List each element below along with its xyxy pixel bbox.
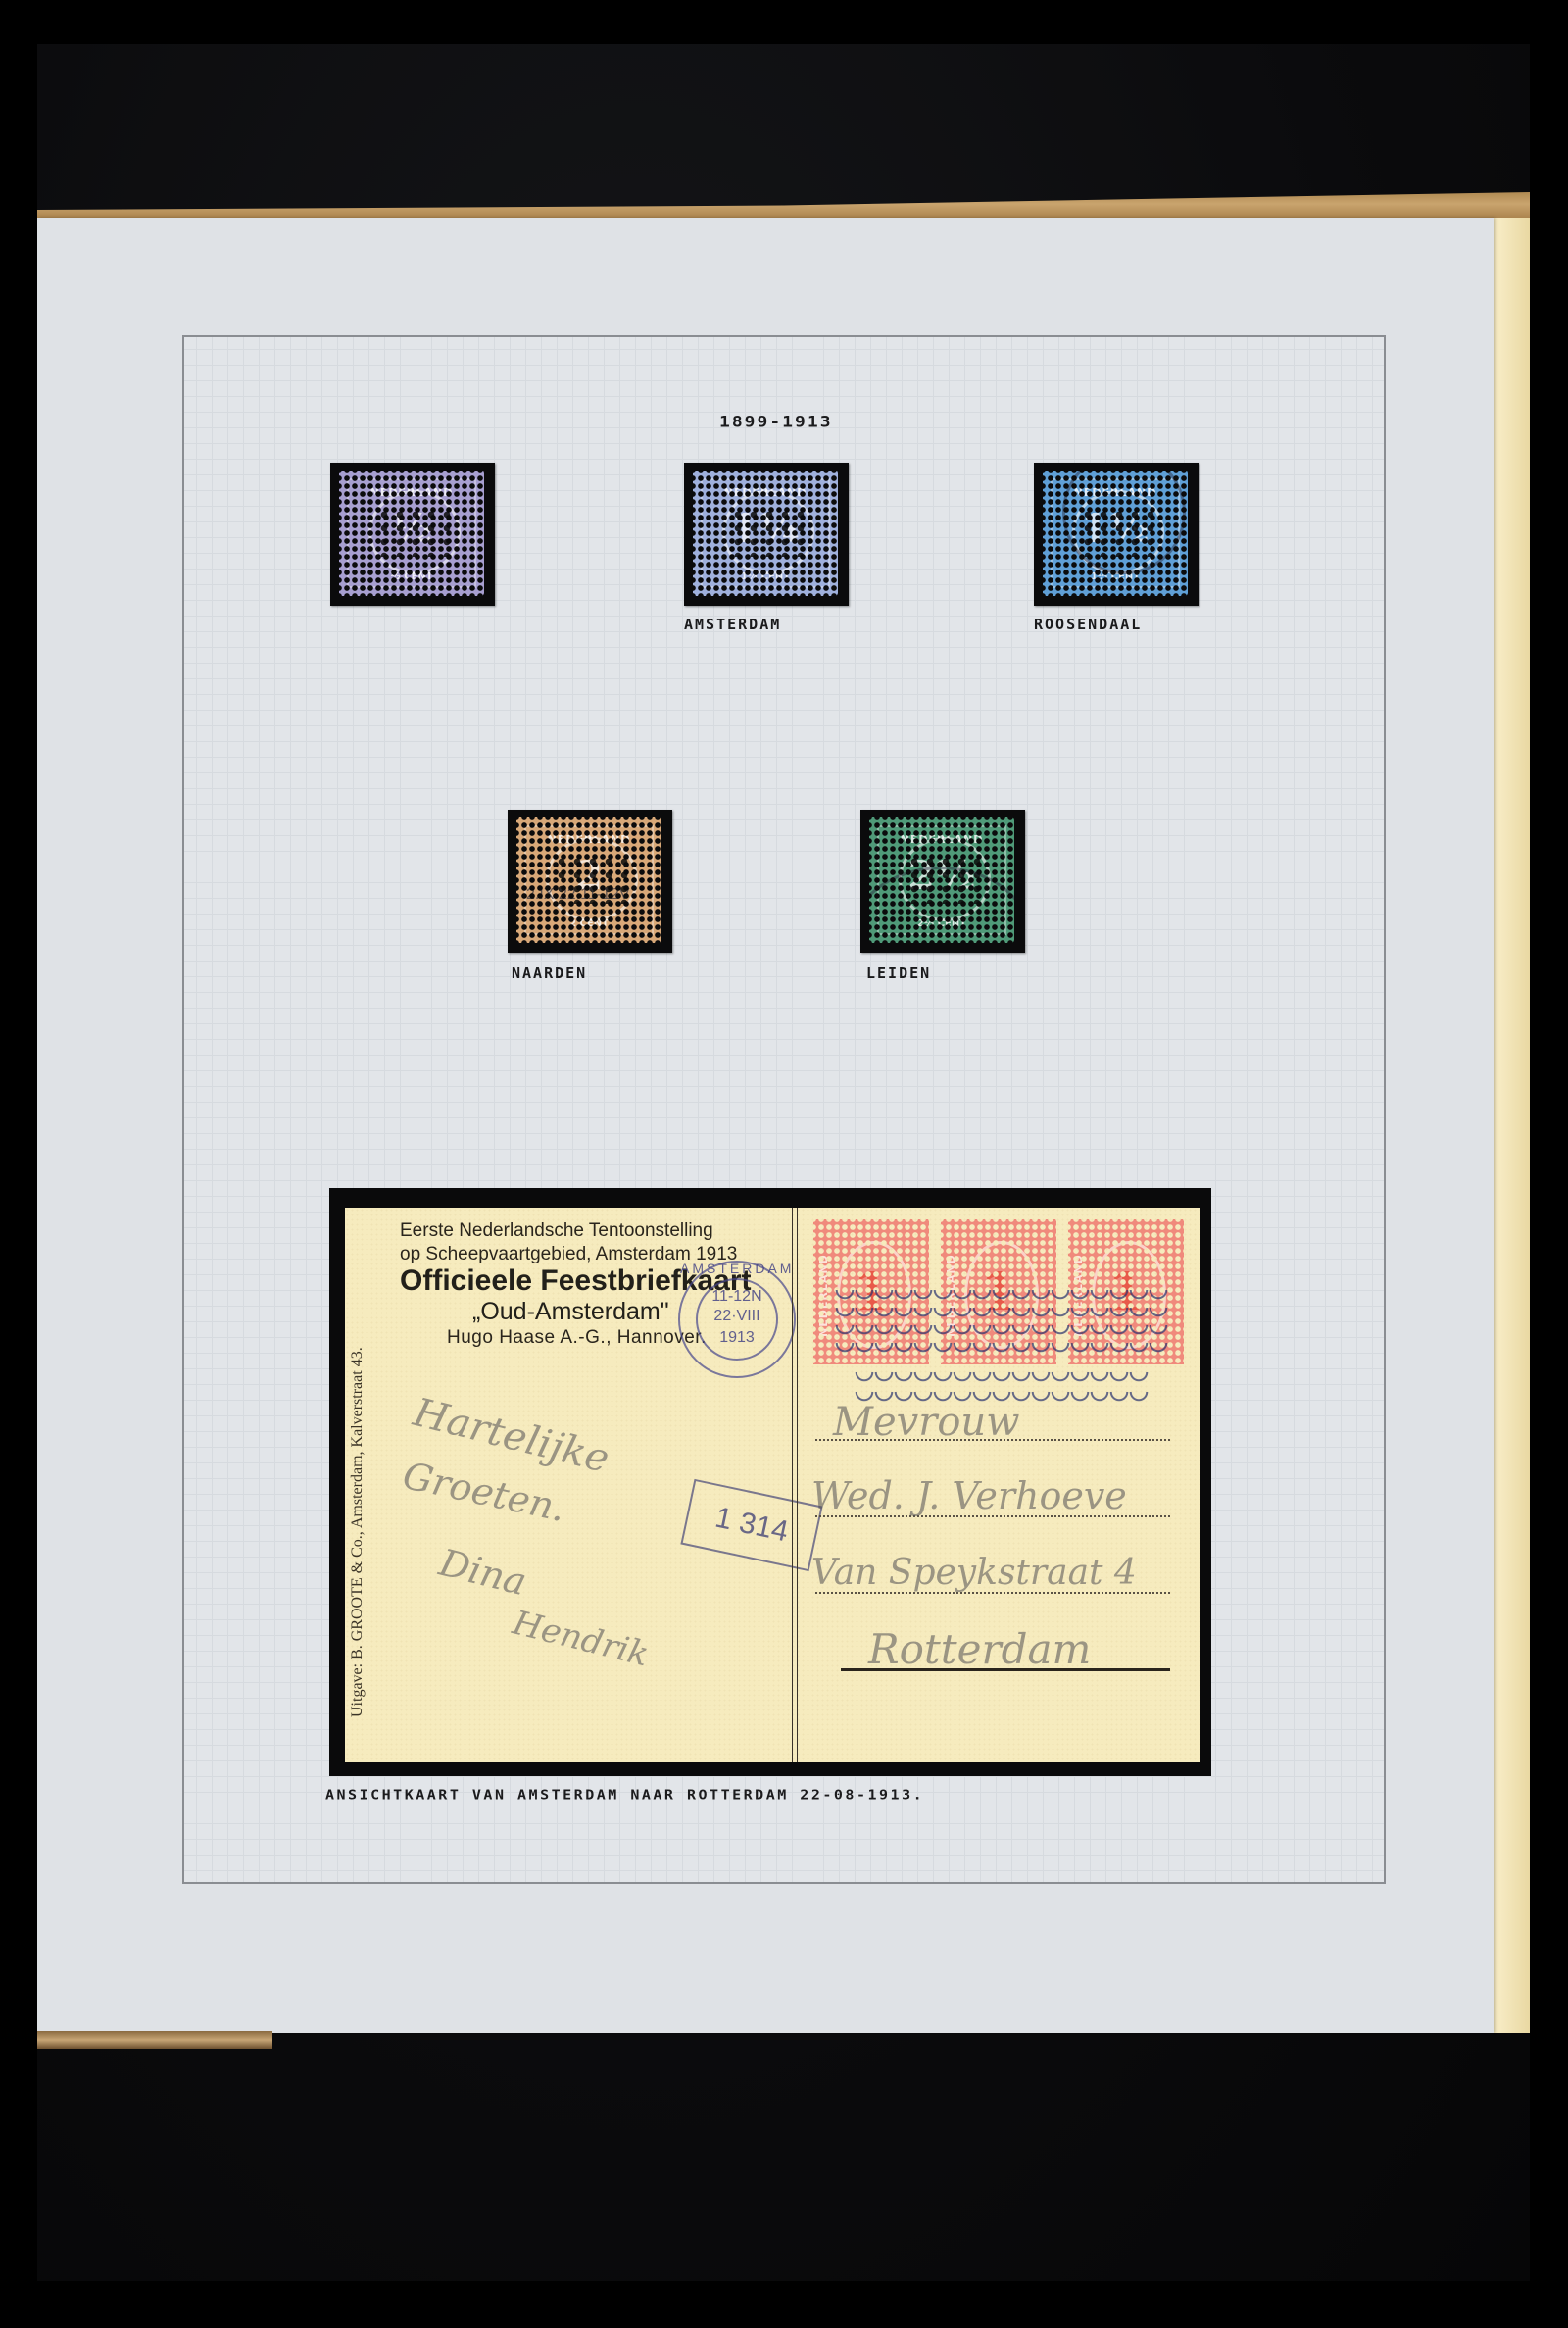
- postcard-printer: Hugo Haase A.-G., Hannover.: [447, 1327, 707, 1349]
- stamp-two-cent: NEDERLAND 2 2 CENT 2.IX.22.11-12V: [516, 817, 661, 943]
- stamp-one-quarter-cent: NEDERLAND 1¼ 1¼ CENT: [693, 471, 838, 596]
- card-divider-line: [792, 1208, 798, 1762]
- message-line-3: Dina: [435, 1541, 531, 1604]
- address-line-2: Wed. J. Verhoeve: [811, 1474, 1127, 1517]
- machine-cancel-wave: [835, 1290, 1168, 1302]
- stamp-country: NEDERLAND: [516, 833, 661, 846]
- postcard-header: Eerste Nederlandsche Tentoonstelling op …: [400, 1219, 772, 1266]
- stamp-value: 1¼ CENT: [693, 571, 838, 582]
- postmark-time: 11-12N: [680, 1288, 794, 1306]
- stamp-mount-3: NEDERLAND 1½ 1½ CENT: [1034, 463, 1199, 606]
- page-heading: 1899-1913: [719, 413, 833, 431]
- machine-cancel-wave: [835, 1308, 1168, 1319]
- postmark-text: 2.IX.22.11-12V: [526, 886, 630, 904]
- postmark-date: 22·VIII: [680, 1308, 794, 1325]
- stamp-mount-5: NEDERLAND 2½ 2½ CENT: [860, 810, 1025, 953]
- stamp-label-roosendaal: ROOSENDAAL: [1034, 616, 1142, 633]
- publisher-imprint: Uitgave: B. GROOTE & Co., Amsterdam, Kal…: [349, 1347, 367, 1717]
- address-line-1: Mevrouw: [833, 1400, 1019, 1445]
- registry-mark: 1 314: [680, 1479, 822, 1571]
- message-line-4: Hendrik: [509, 1604, 653, 1675]
- address-line-3: Van Speykstraat 4: [811, 1553, 1137, 1593]
- amsterdam-postmark: AMSTERDAM 11-12N 22·VIII 1913: [678, 1261, 796, 1378]
- stamp-country: NEDERLAND: [693, 486, 838, 499]
- perfin-holes: [730, 508, 808, 557]
- stamp-label-amsterdam: AMSTERDAM: [684, 616, 781, 633]
- postmark-year: 1913: [680, 1329, 794, 1347]
- stamp-country: NEDERLAND: [869, 833, 1014, 846]
- stamp-mount-1: NEDERLAND ½ ½ CENT: [330, 463, 495, 606]
- machine-cancel-wave: [855, 1372, 1149, 1384]
- stamp-one-half-cent: NEDERLAND 1½ 1½ CENT: [1043, 471, 1188, 596]
- header-line-1: Eerste Nederlandsche Tentoonstelling: [400, 1219, 772, 1243]
- stamp-mount-4: NEDERLAND 2 2 CENT 2.IX.22.11-12V: [508, 810, 672, 953]
- stamp-half-cent: NEDERLAND ½ ½ CENT: [339, 471, 484, 596]
- postcard-caption: ANSICHTKAART VAN AMSTERDAM NAAR ROTTERDA…: [325, 1787, 924, 1803]
- stamp-value: ½ CENT: [339, 571, 484, 582]
- machine-cancel-wave: [835, 1343, 1168, 1355]
- perfin-holes: [376, 508, 455, 557]
- stamp-label-leiden: LEIDEN: [866, 965, 931, 982]
- postcard: Uitgave: B. GROOTE & Co., Amsterdam, Kal…: [345, 1208, 1200, 1762]
- stamp-two-half-cent: NEDERLAND 2½ 2½ CENT: [869, 817, 1014, 943]
- stamp-label-naarden: NAARDEN: [512, 965, 587, 982]
- stamp-country: NEDERLAND: [339, 486, 484, 499]
- machine-cancel-wave: [835, 1325, 1168, 1337]
- postcard-subtitle: „Oud-Amsterdam": [472, 1298, 669, 1326]
- postmark-city: AMSTERDAM: [680, 1261, 794, 1276]
- address-line-4: Rotterdam: [868, 1625, 1091, 1673]
- album-binder-edge-bottom: [37, 2031, 272, 2049]
- stamp-mount-2: NEDERLAND 1¼ 1¼ CENT: [684, 463, 849, 606]
- stamp-value: 2 CENT: [516, 918, 661, 929]
